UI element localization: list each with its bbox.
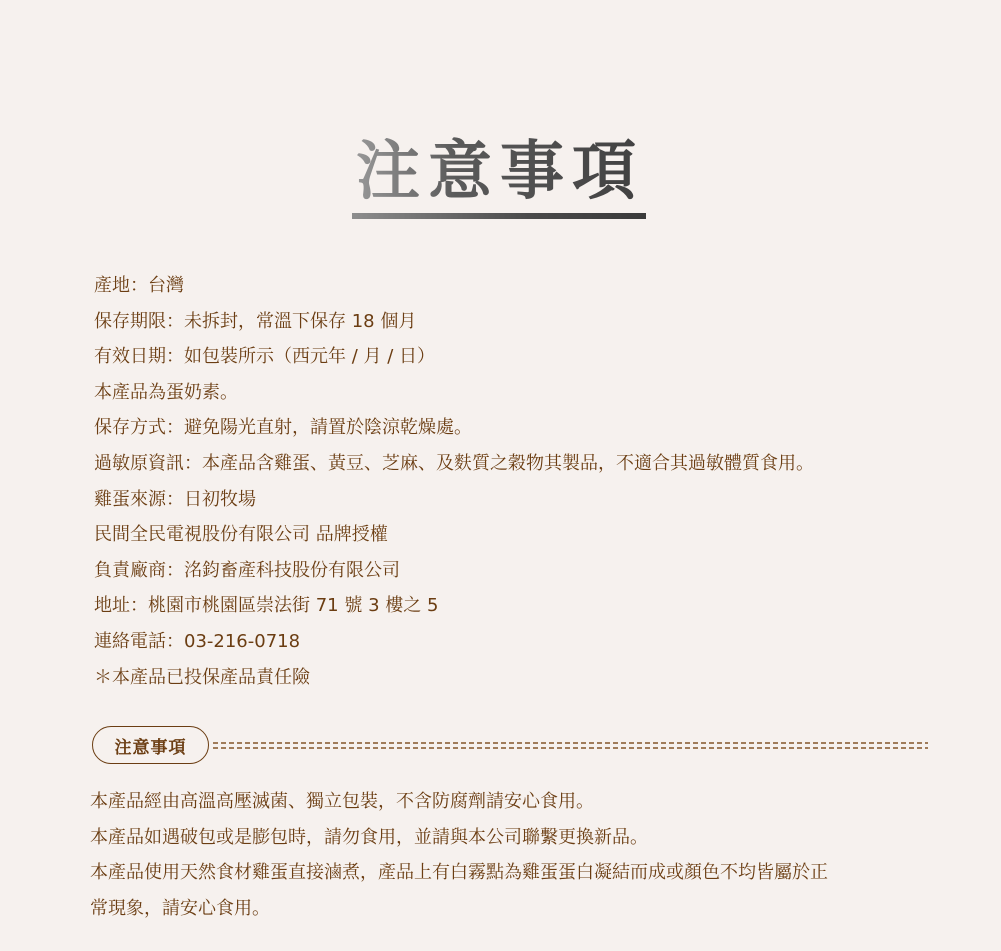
info-shelf-life: 保存期限：未拆封，常溫下保存 18 個月 [94,304,814,340]
info-origin: 產地：台灣 [94,268,814,304]
notice-item: 常現象，請安心食用。 [90,891,940,927]
dashed-divider [213,742,928,744]
info-egg-source: 雞蛋來源：日初牧場 [94,482,814,518]
notice-pill-label: 注意事項 [92,726,209,764]
notice-item: 本產品如遇破包或是膨包時，請勿食用，並請與本公司聯繫更換新品。 [90,820,940,856]
page-title: 注意事項 [352,132,648,212]
info-expiry-date: 有效日期：如包裝所示（西元年 / 月 / 日） [94,339,814,375]
dashed-divider [213,747,928,749]
info-insurance: ＊本產品已投保產品責任險 [94,660,814,696]
info-brand-license: 民間全民電視股份有限公司 品牌授權 [94,517,814,553]
notice-list: 本產品經由高溫高壓滅菌、獨立包裝，不含防腐劑請安心食用。 本產品如遇破包或是膨包… [90,784,940,926]
page-title-block: 注意事項 [352,132,648,224]
notice-item: 本產品經由高溫高壓滅菌、獨立包裝，不含防腐劑請安心食用。 [90,784,940,820]
title-underline [352,213,646,219]
info-address: 地址：桃園市桃園區崇法街 71 號 3 樓之 5 [94,588,814,624]
notice-section-header: 注意事項 [92,726,932,766]
info-manufacturer: 負責廠商：洺鈞畜產科技股份有限公司 [94,553,814,589]
info-storage: 保存方式：避免陽光直射，請置於陰涼乾燥處。 [94,410,814,446]
info-allergens: 過敏原資訊：本產品含雞蛋、黃豆、芝麻、及麩質之穀物其製品，不適合其過敏體質食用。 [94,446,814,482]
product-info-list: 產地：台灣 保存期限：未拆封，常溫下保存 18 個月 有效日期：如包裝所示（西元… [94,268,814,695]
info-phone: 連絡電話：03-216-0718 [94,624,814,660]
info-diet-type: 本產品為蛋奶素。 [94,375,814,411]
notice-item: 本產品使用天然食材雞蛋直接滷煮，產品上有白霧點為雞蛋蛋白凝結而成或顏色不均皆屬於… [90,855,940,891]
